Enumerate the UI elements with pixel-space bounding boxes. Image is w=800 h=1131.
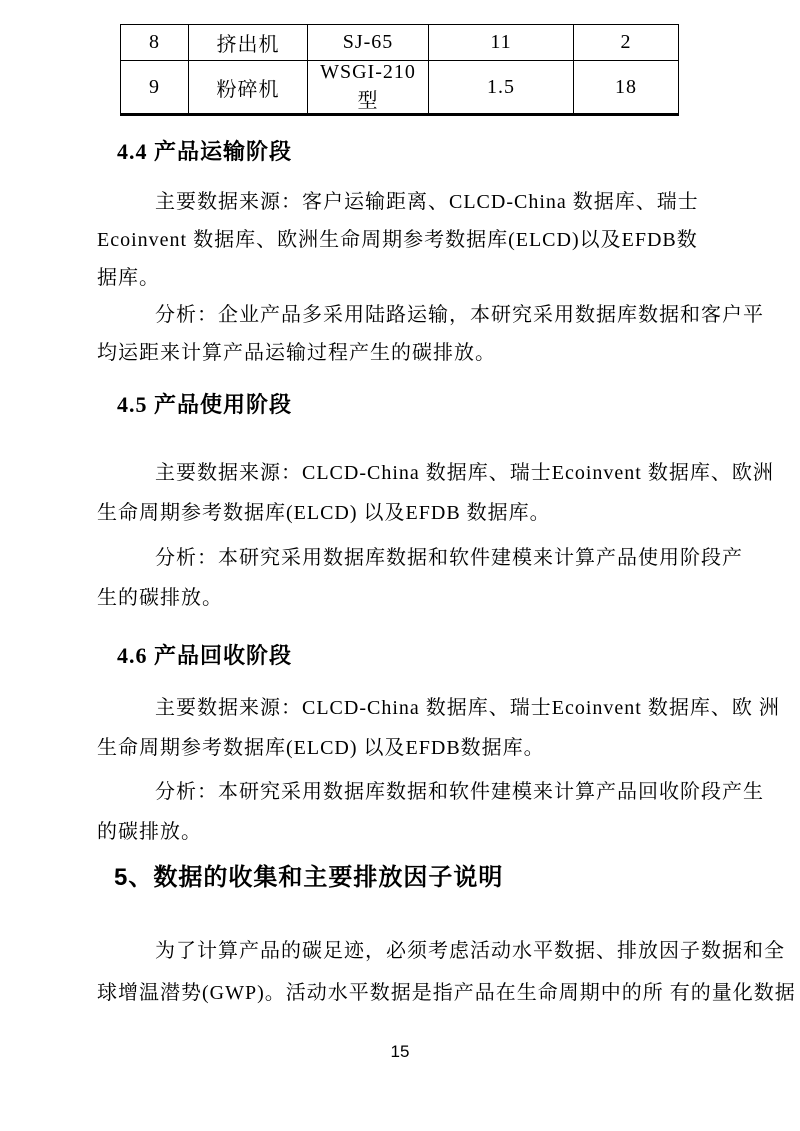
table-cell-equipment-name: 粉碎机 (189, 61, 308, 115)
paragraph-4-5-source: 主要数据来源：CLCD-China 数据库、瑞士Ecoinvent 数据库、欧洲… (97, 453, 697, 533)
table-cell-quantity: 2 (574, 25, 679, 61)
text-line: 为了计算产品的碳足迹，必须考虑活动水平数据、排放因子数据和全 (97, 930, 697, 972)
text-line: 主要数据来源：CLCD-China 数据库、瑞士Ecoinvent 数据库、欧 … (97, 688, 697, 728)
table-cell-power: 1.5 (429, 61, 574, 115)
text-line: 分析：本研究采用数据库数据和软件建模来计算产品回收阶段产生 (97, 772, 697, 812)
table-cell-model: WSGI-210 型 (308, 61, 429, 115)
paragraph-4-6-analysis: 分析：本研究采用数据库数据和软件建模来计算产品回收阶段产生 的碳排放。 (97, 772, 697, 852)
text-line: 主要数据来源：CLCD-China 数据库、瑞士Ecoinvent 数据库、欧洲 (97, 453, 697, 493)
table-row: 9 粉碎机 WSGI-210 型 1.5 18 (121, 61, 679, 115)
text-line: 分析：企业产品多采用陆路运输，本研究采用数据库数据和客户平 (97, 296, 697, 334)
equipment-table: 8 挤出机 SJ-65 11 2 9 粉碎机 WSGI-210 型 1.5 18 (120, 24, 679, 116)
table-cell-model: SJ-65 (308, 25, 429, 61)
paragraph-4-4-source: 主要数据来源：客户运输距离、CLCD-China 数据库、瑞士 Ecoinven… (97, 183, 697, 297)
text-line: Ecoinvent 数据库、欧洲生命周期参考数据库(ELCD)以及EFDB数 (97, 221, 697, 259)
text-line: 生命周期参考数据库(ELCD) 以及EFDB数据库。 (97, 728, 697, 768)
page-number: 15 (0, 1042, 800, 1062)
section-heading-4-5: 4.5 产品使用阶段 (117, 392, 292, 417)
table-cell-power: 11 (429, 25, 574, 61)
table-cell-quantity: 18 (574, 61, 679, 115)
text-line: 均运距来计算产品运输过程产生的碳排放。 (97, 334, 697, 372)
section-heading-4-6: 4.6 产品回收阶段 (117, 643, 292, 668)
text-line: 生命周期参考数据库(ELCD) 以及EFDB 数据库。 (97, 493, 697, 533)
text-line: 据库。 (97, 259, 697, 297)
section-heading-4-4: 4.4 产品运输阶段 (117, 139, 292, 164)
paragraph-4-5-analysis: 分析：本研究采用数据库数据和软件建模来计算产品使用阶段产 生的碳排放。 (97, 538, 697, 618)
paragraph-4-4-analysis: 分析：企业产品多采用陆路运输，本研究采用数据库数据和客户平 均运距来计算产品运输… (97, 296, 697, 372)
table-cell-equipment-name: 挤出机 (189, 25, 308, 61)
text-line: 球增温潜势(GWP)。活动水平数据是指产品在生命周期中的所 有的量化数据 (97, 972, 697, 1014)
paragraph-5-body: 为了计算产品的碳足迹，必须考虑活动水平数据、排放因子数据和全 球增温潜势(GWP… (97, 930, 697, 1014)
text-line: 分析：本研究采用数据库数据和软件建模来计算产品使用阶段产 (97, 538, 697, 578)
section-heading-5: 5、数据的收集和主要排放因子说明 (114, 864, 503, 892)
table-row: 8 挤出机 SJ-65 11 2 (121, 25, 679, 61)
text-line: 的碳排放。 (97, 812, 697, 852)
text-line: 生的碳排放。 (97, 578, 697, 618)
text-line: 主要数据来源：客户运输距离、CLCD-China 数据库、瑞士 (97, 183, 697, 221)
table-cell-row-no: 9 (121, 61, 189, 115)
table-cell-row-no: 8 (121, 25, 189, 61)
paragraph-4-6-source: 主要数据来源：CLCD-China 数据库、瑞士Ecoinvent 数据库、欧 … (97, 688, 697, 768)
document-page: 8 挤出机 SJ-65 11 2 9 粉碎机 WSGI-210 型 1.5 18… (0, 0, 800, 1131)
